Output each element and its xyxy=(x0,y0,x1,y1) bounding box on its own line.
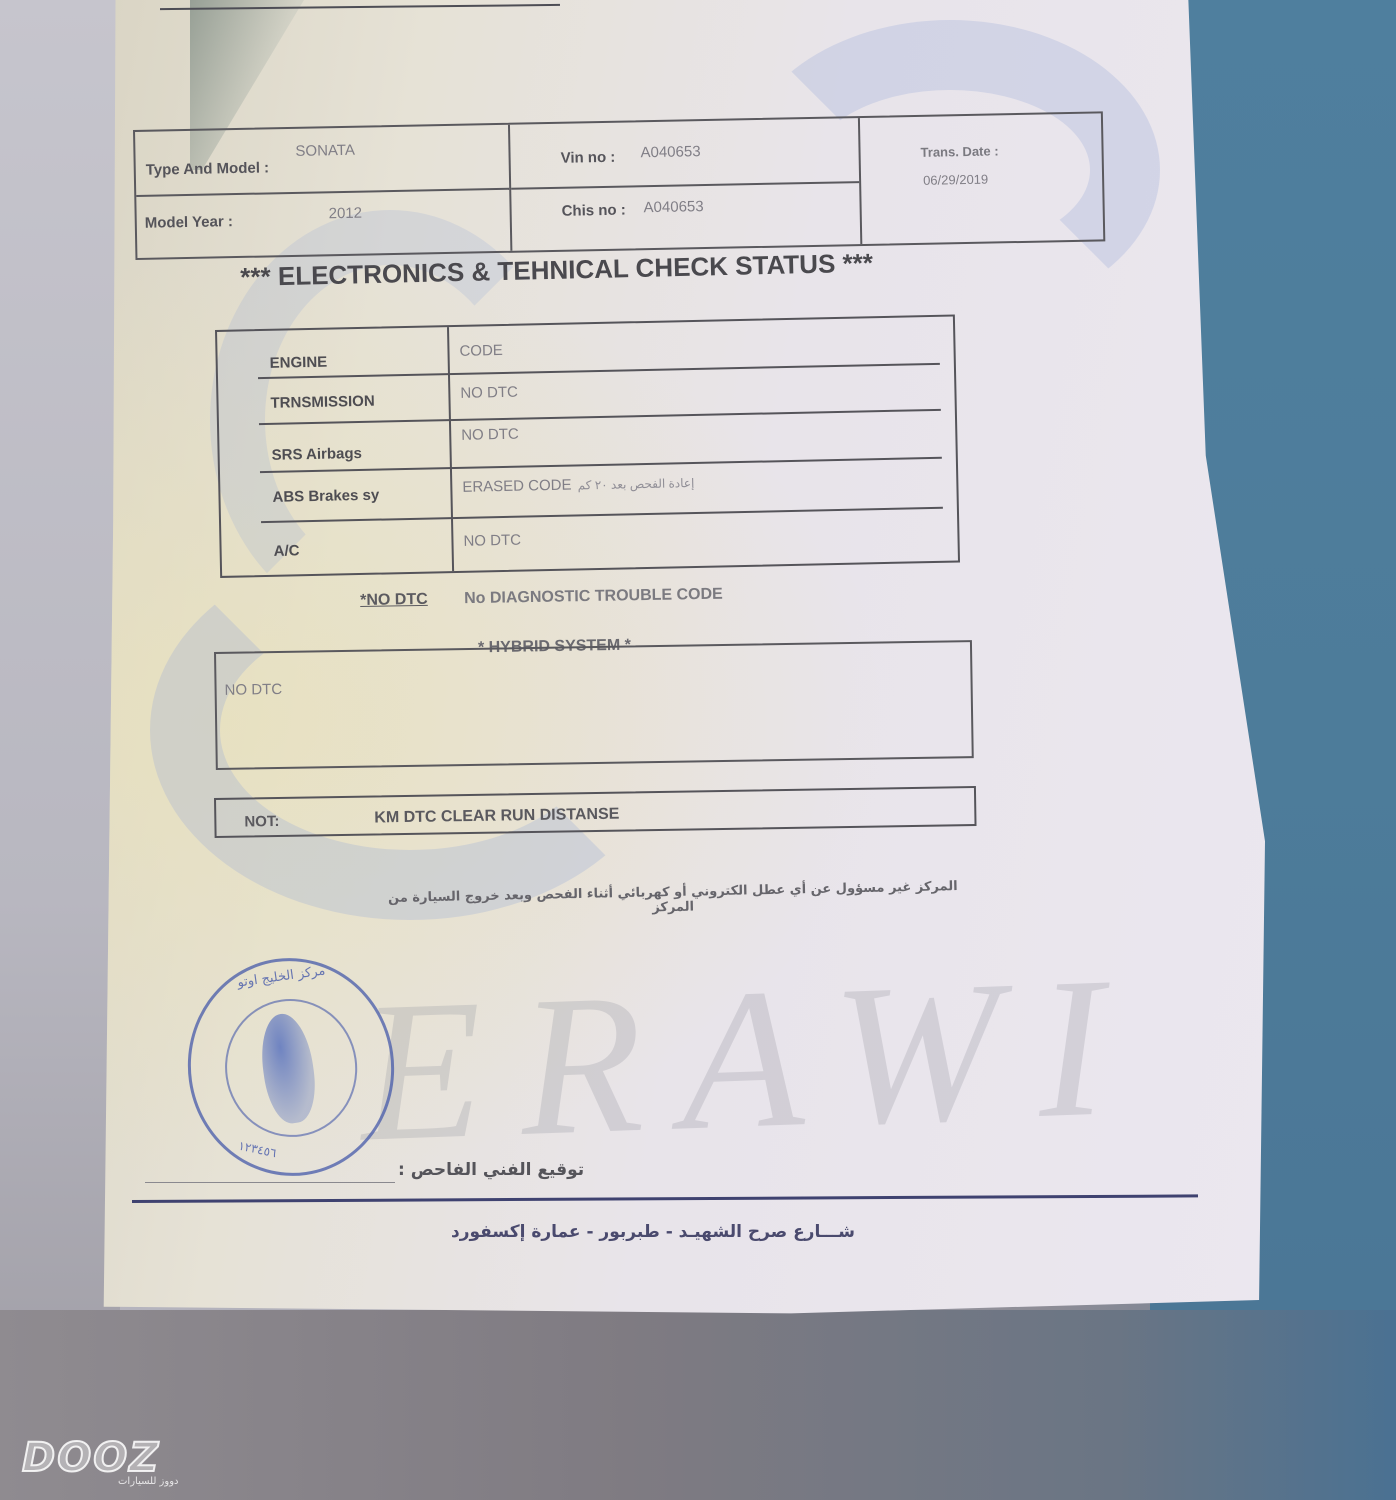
model-year-row: Model Year : 2012 xyxy=(136,188,510,258)
background-table-surface xyxy=(0,1310,1396,1500)
type-and-model-row: Type And Model : SONATA xyxy=(135,125,509,195)
background-left-surface xyxy=(0,0,120,1500)
check-result-abs-brakes: ERASED CODE إعادة الفحص بعد ٢٠ كم xyxy=(462,474,694,496)
column-divider xyxy=(447,327,454,571)
check-status-table: ENGINE CODE TRNSMISSION NO DTC SRS Airba… xyxy=(215,315,960,578)
check-system-srs-airbags: SRS Airbags xyxy=(271,445,362,464)
chassis-label: Chis no : xyxy=(561,202,625,220)
check-system-abs-brakes: ABS Brakes sy xyxy=(272,487,379,506)
hybrid-system-value: NO DTC xyxy=(224,681,282,699)
type-and-model-value: SONATA xyxy=(295,142,355,160)
note-text: KM DTC CLEAR RUN DISTANSE xyxy=(374,806,619,828)
abs-result-note: إعادة الفحص بعد ٢٠ كم xyxy=(578,476,695,492)
check-system-engine: ENGINE xyxy=(270,354,328,372)
check-result-srs-airbags: NO DTC xyxy=(461,426,519,444)
row-divider xyxy=(260,457,942,473)
legend-description: No DIAGNOSTIC TROUBLE CODE xyxy=(464,586,723,608)
check-system-transmission: TRNSMISSION xyxy=(270,393,375,412)
chassis-row: Chis no : A040653 xyxy=(511,181,860,251)
abs-result-text: ERASED CODE xyxy=(462,477,572,496)
model-year-label: Model Year : xyxy=(145,213,233,232)
legend-key: *NO DTC xyxy=(360,591,428,609)
brand-watermark: DOOZ دووز للسيارات xyxy=(22,1438,192,1494)
chassis-value: A040653 xyxy=(643,198,703,216)
vin-label: Vin no : xyxy=(560,149,615,167)
brand-logo-icon: DOOZ xyxy=(22,1438,192,1478)
vin-value: A040653 xyxy=(640,143,700,161)
trans-date-value: 06/29/2019 xyxy=(923,172,988,188)
footer-address: شـــارع صرح الشهيـد - طبربور - عمارة إكس… xyxy=(418,1222,888,1242)
check-result-engine: CODE xyxy=(459,342,503,360)
note-label: NOT: xyxy=(244,813,279,831)
row-divider xyxy=(261,507,943,523)
stamp-number: ١٢٣٤٥٦ xyxy=(237,1139,278,1161)
trans-date-cell: Trans. Date : 06/29/2019 xyxy=(860,113,1103,244)
model-year-value: 2012 xyxy=(328,205,362,223)
trans-date-label: Trans. Date : xyxy=(920,143,998,159)
vin-row: Vin no : A040653 xyxy=(510,118,859,188)
check-system-ac: A/C xyxy=(273,542,299,560)
vehicle-model-cell: Type And Model : SONATA Model Year : 201… xyxy=(135,125,512,258)
vehicle-id-cell: Vin no : A040653 Chis no : A040653 xyxy=(510,118,862,251)
row-divider xyxy=(258,363,940,379)
row-divider xyxy=(259,409,941,425)
signature-line xyxy=(145,1182,395,1183)
watermark-text: ERAWI xyxy=(356,931,1146,1187)
check-result-transmission: NO DTC xyxy=(460,384,518,402)
vehicle-info-table: Type And Model : SONATA Model Year : 201… xyxy=(133,111,1105,260)
brand-subtitle: دووز للسيارات xyxy=(118,1476,178,1487)
inspector-signature-label: توقيع الفني الفاحص : xyxy=(398,1160,584,1180)
type-and-model-label: Type And Model : xyxy=(146,159,270,178)
hybrid-system-box: NO DTC xyxy=(214,640,974,770)
check-result-ac: NO DTC xyxy=(463,532,521,550)
